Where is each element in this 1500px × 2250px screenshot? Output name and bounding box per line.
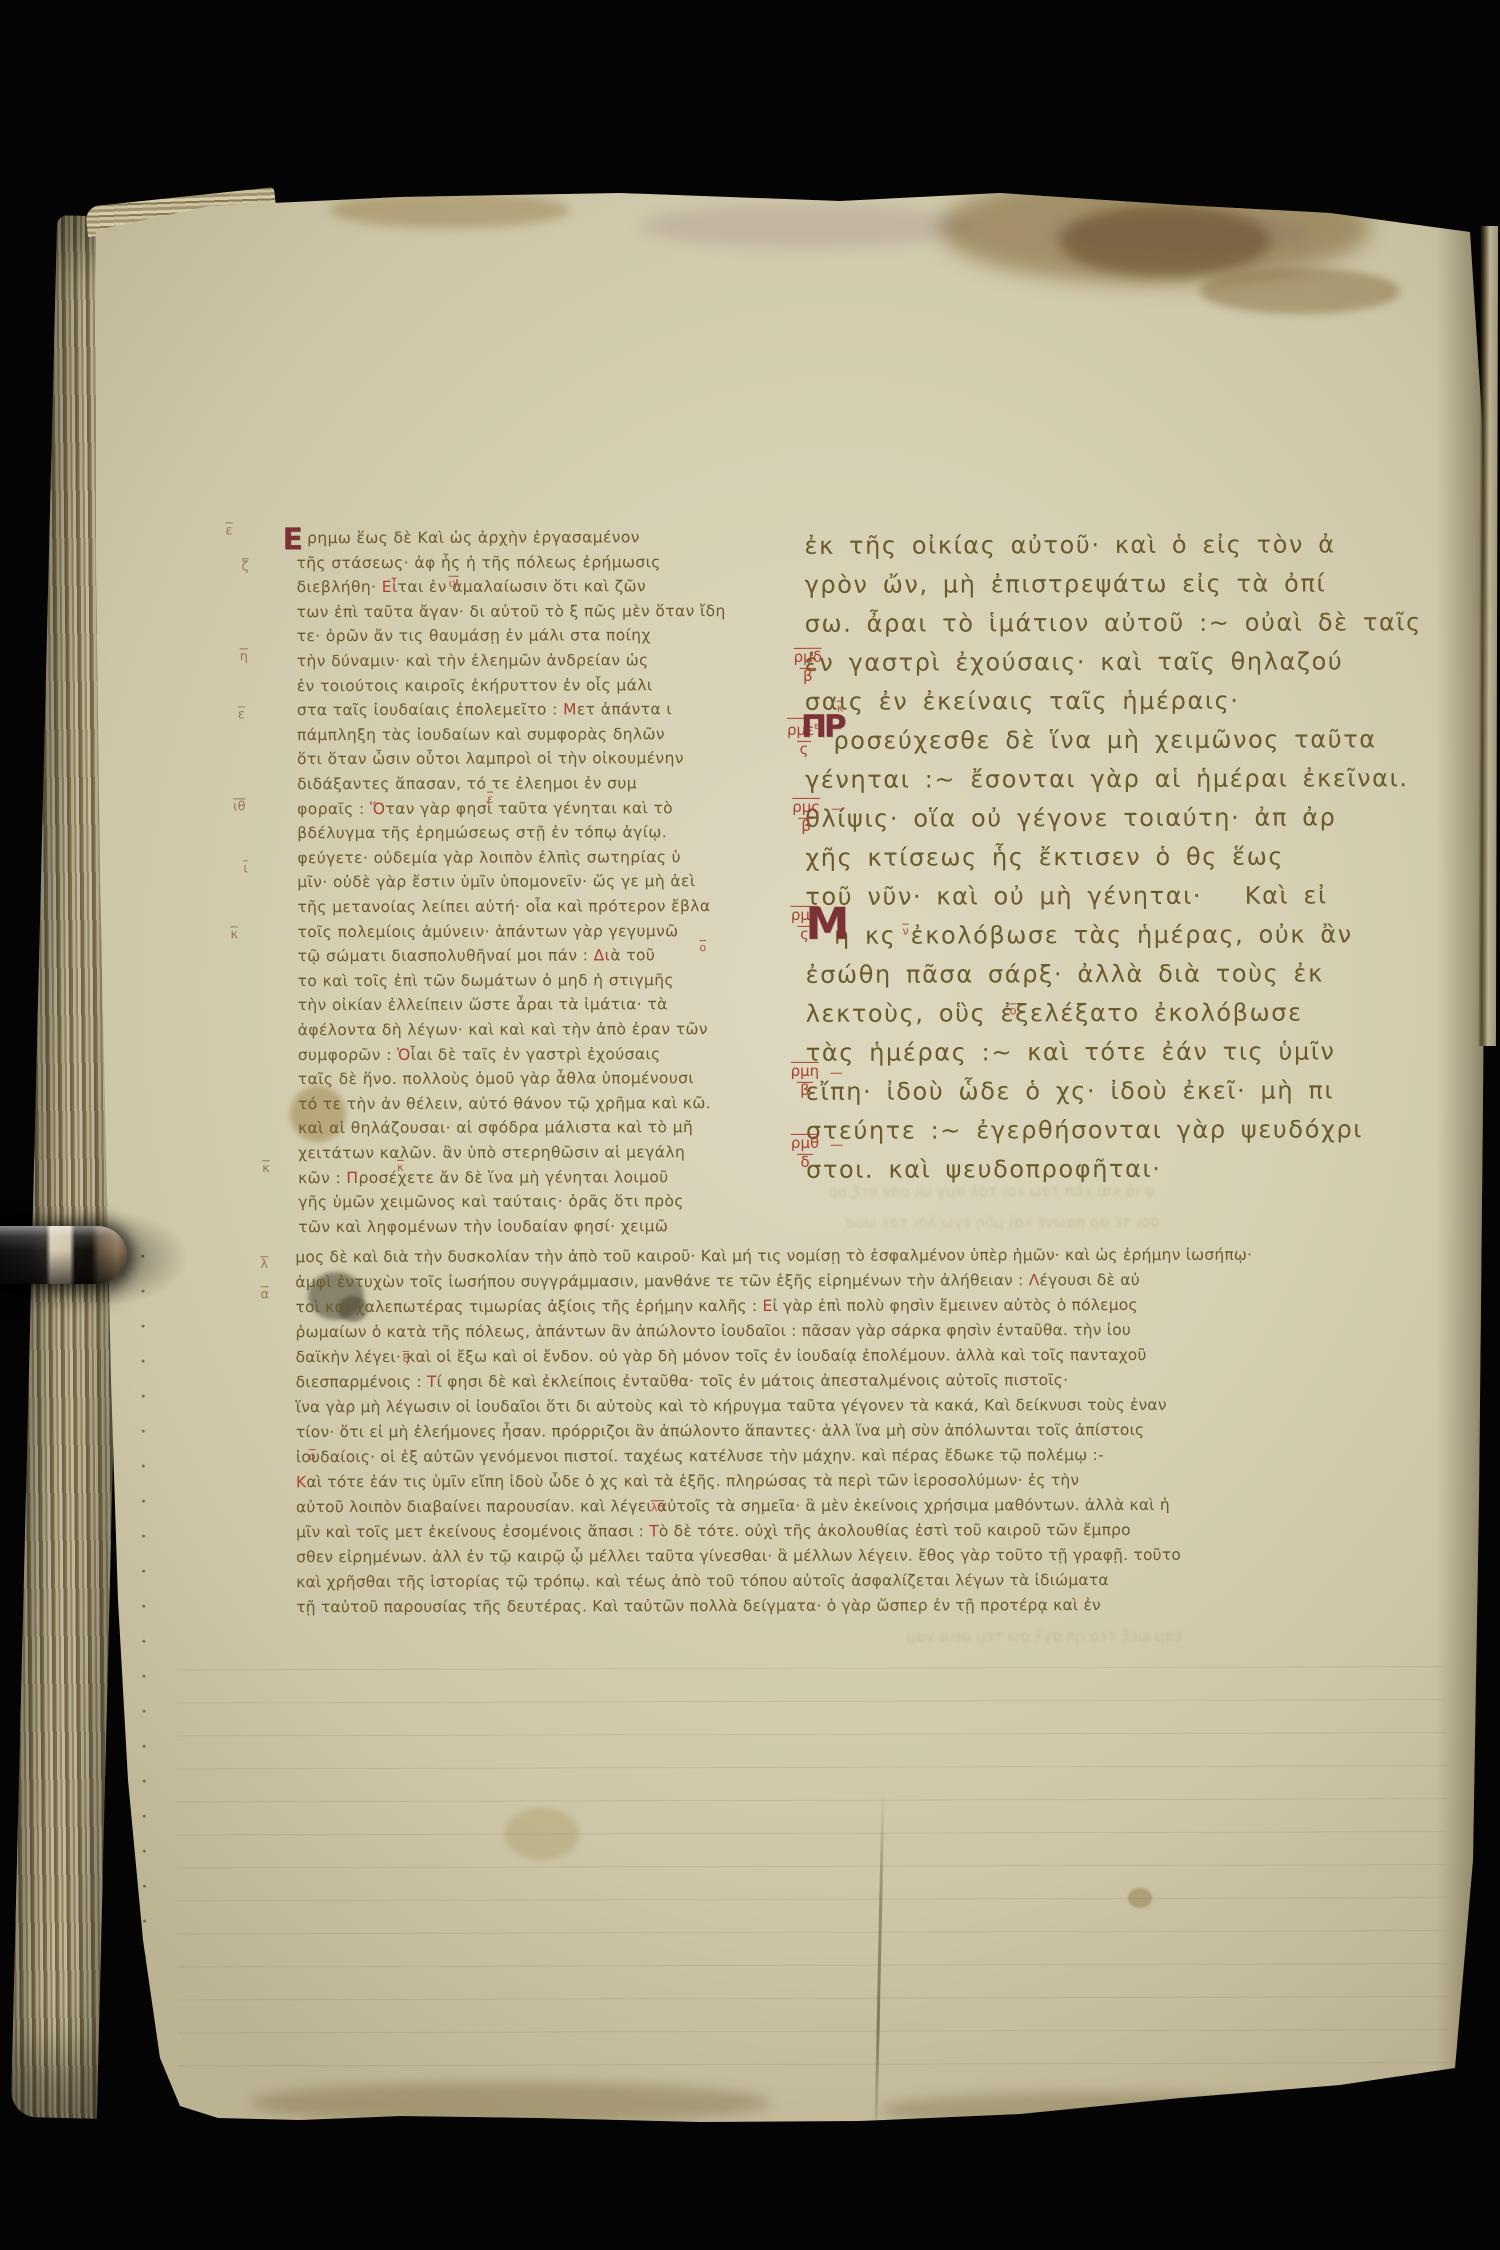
pricking-hole [143,1885,146,1888]
text-line: το καὶ τοῖς ἐπὶ τῶν δωμάτων ὁ μηδ ἡ στιγ… [298,971,674,990]
ink-text: ὰ τοῦ [610,946,655,964]
text-line: διεβλήθη· Εἶται ἐν ἀμαλαίωσιν ὅτι καὶ ζῶ… [297,577,646,596]
margin-letter: ε [238,707,245,722]
ammonian-section: ρμθδ— [788,1134,822,1170]
text-line: ἰουδαίοις· οἱ ἐξ αὐτῶν γενόμενοι πιστοί.… [296,1446,1104,1466]
ink-text: ὅτι ὅταν ὦσιν οὗτοι λαμπροὶ οἱ τὴν οἰκου… [297,750,684,769]
text-line: βδέλυγμα τῆς ἐρημώσεως στῇ ἐν τόπῳ ἁγίῳ. [297,823,667,842]
ghost-showthrough: ψ ια καὶ εδπ ταω εοι τολ αμγ ωι σπν αεξ … [0,0,1497,2]
ink-text: ἀφέλοντα δὴ λέγων· καὶ καὶ καὶ τὴν ἀπὸ ἐ… [298,1020,708,1039]
canon-number: β [797,1082,813,1098]
pricking-hole [143,1745,146,1748]
ink-text: ἰ γὰρ ἐπὶ πολὺ φησὶν ἔμεινεν αὐτὸς ὁ πόλ… [772,1296,1137,1315]
pricking-hole [143,1815,146,1818]
ink-text: σθεν εἰρημένων. ἀλλ ἐν τῷ καιρῷ ᾧ μέλλει… [296,1546,1181,1566]
text-line: γρὸν ὤν, μὴ ἐπιστρεψάτω εἰς τὰ ὀπί [805,569,1327,598]
ruling-line [177,1831,1447,1835]
text-line: φοραῖς : Ὅταν γὰρ φησὶ ταῦτα γένηται καὶ… [297,799,673,818]
text-line: στα ταῖς ἰουδαίαις ἐπολεμεῖτο : Μετ ἀπάν… [297,700,672,719]
margin-letter: ζ [242,559,249,574]
text-line: ὅτι ὅταν ὦσιν οὗτοι λαμπροὶ οἱ τὴν οἰκου… [297,750,684,769]
ink-text: ἰουδαίοις· οἱ ἐξ αὐτῶν γενόμενοι πιστοί.… [296,1446,1104,1466]
ammonian-section: ρμδβ [791,648,825,684]
ink-text: ἐν τοιούτοις καιροῖς ἐκήρυττον ἐν οἷς μά… [297,676,653,695]
text-line: τῇ ταὐτοῦ παρουσίας τῆς δευτέρας. Καὶ τα… [296,1596,1101,1616]
ink-text: γρὸν ὤν, μὴ ἐπιστρεψάτω εἰς τὰ ὀπί [805,569,1327,598]
ink-text: ροσέχετε ἄν δὲ ἵνα μὴ γένηται λοιμοῦ [358,1168,668,1187]
text-line: ὴ κς ἐκολόβωσε τὰς ἡμέρας, οὐκ ἂν [805,920,1352,949]
ink-text: τό τε τὴν ἀν θέλειν, αὐτό θάνον τῷ χρῆμα… [298,1094,711,1113]
interlinear-rubric: ο [700,941,707,954]
quotation-dash: — [831,802,844,817]
rubric-text: Κ [296,1473,306,1491]
rubric-text: Ε [762,1297,772,1315]
ink-text: τῷ σώματι διασπολυθῆναί μοι πάν : [298,947,594,966]
interlinear-marks: ιγεοκκνοξολδ [0,0,1497,2]
ink-text: μῖν· οὐδὲ γὰρ ἔστιν ὑμῖν ὑπομονεῖν· ὥς γ… [297,873,695,892]
ink-text: έγουσι δὲ αὐ [1039,1271,1139,1289]
margin-letter: η [240,649,248,664]
text-line: τίον· ὅτι εἰ μὴ ἐλεήμονες ἦσαν. πρόρριζο… [296,1421,1145,1441]
ruling-line [177,1864,1447,1868]
interlinear-rubric: ο [309,1450,316,1463]
pricking-hole [142,1640,145,1643]
ammonian-section: ρμςβ— [789,798,823,834]
text-line: κῶν : Προσέχετε ἄν δὲ ἵνα μὴ γένηται λοι… [298,1168,668,1187]
canon-number: β [798,818,814,834]
text-line: καὶ χρῆσθαι τῆς ἱστορίας τῷ τρόπῳ. καὶ τ… [296,1571,1109,1591]
ink-text: στεύητε :~ ἐγερθήσονται γὰρ ψευδόχρι [806,1115,1363,1144]
ink-text: τῇ ταὐτοῦ παρουσίας τῆς δευτέρας. Καὶ τα… [296,1596,1101,1616]
ink-text: ἀμφὶ ἐντυχὼν τοῖς ἰωσήπου συγγράμμασιν, … [295,1271,1028,1291]
ink-text: εἴπη· ἰδοὺ ὧδε ὁ χς· ἰδοὺ ἐκεῖ· μὴ πι [806,1076,1334,1105]
interlinear-rubric: ιγ [449,577,459,590]
ink-text: ί φησι δὲ καὶ ἐκλείποις ἐνταῦθα· τοῖς ἐν… [437,1371,1069,1391]
pricking-hole [142,1395,145,1398]
ink-text: ετ ἀπάντα ι [577,700,672,718]
ruling-line [177,1963,1447,1967]
ink-text: σω. ἆραι τὸ ἱμάτιον αὐτοῦ :~ οὐαὶ δὲ ταῖ… [805,608,1422,638]
ink-text: ἐσώθη πᾶσα σάρξ· ἀλλὰ διὰ τοὺς ἐκ [806,959,1324,988]
text-line: γῆς ὑμῶν χειμῶνος καὶ ταύταις· ὁρᾶς ὅτι … [298,1192,684,1211]
rubric-text: Εἶ [382,578,398,596]
text-line: τῆς μετανοίας λείπει αὐτή· οἷα καὶ πρότε… [297,897,710,916]
ink-text: αὐτοῦ λοιπὸν διαβαίνει παρουσίαν. καὶ λέ… [296,1496,1170,1516]
showthrough-line: σοι τε αρ παωνε καὶ μδη εγω λσι ταε ωοσ [845,1213,1160,1232]
ink-text: ἐν γαστρὶ ἐχούσαις· καὶ ταῖς θηλαζού [805,647,1344,676]
text-line: διεσπαρμένοις : Τί φησι δὲ καὶ ἐκλείποις… [296,1371,1069,1391]
section-number: ρμθ [791,1134,819,1151]
text-line: σω. ἆραι τὸ ἱμάτιον αὐτοῦ :~ οὐαὶ δὲ ταῖ… [805,608,1422,638]
ink-text: ται ἐν ἀμαλαίωσιν ὅτι καὶ ζῶν [398,577,646,596]
ink-text: τοῖς πολεμίοις ἀμύνειν· ἁπάντων γὰρ γεγυ… [297,922,678,941]
ruling-line [177,1699,1447,1703]
pricking-hole [143,1920,146,1923]
text-line: τοὶ καὶ χαλεπωτέρας τιμωρίας ἀξίοις τῆς … [295,1296,1137,1316]
ink-text: καὶ χρῆσθαι τῆς ἱστορίας τῷ τρόπῳ. καὶ τ… [296,1571,1109,1591]
interlinear-rubric: ξ [403,1352,409,1365]
ink-text: γένηται :~ ἔσονται γὰρ αἱ ἡμέραι ἐκεῖναι… [805,764,1409,794]
pricking-hole [143,1710,146,1713]
text-line: χειτάτων καλῶν. ἂν ὑπὸ στερηθῶσιν αἱ μεγ… [298,1143,685,1162]
pricking-hole [143,2025,146,2028]
rubric-text: Μ [563,701,577,719]
ruling-line [176,1666,1446,1670]
interlinear-rubric: ο [1010,1004,1017,1017]
rubric-text: Δι [594,947,611,965]
ink-text: τοὶ καὶ χαλεπωτέρας τιμωρίας ἀξίοις τῆς … [295,1297,762,1316]
pricking-holes [0,0,1497,2]
ink-text: ῥωμαίων ὁ κατὰ τῆς πόλεως, ἁπάντων ἂν ἀπ… [296,1321,1132,1341]
ink-text: γῆς ὑμῶν χειμῶνος καὶ ταύταις· ὁρᾶς ὅτι … [298,1192,684,1211]
glass-page-weight-rod [0,1226,127,1284]
quotation-dash: — [830,1066,843,1081]
pricking-hole [142,1535,145,1538]
pricking-hole [142,1325,145,1328]
margin-letter: ι [243,861,247,876]
pricking-hole [142,1605,145,1608]
interlinear-rubric: κ [837,702,844,715]
text-line: ἵνα γὰρ μὴ λέγωσιν οἱ ἰουδαῖοι ὅτι δι αὐ… [296,1396,1167,1416]
manuscript-photo: ρημω ἕως δὲ Καὶ ὡς ἀρχὴν ἐργασαμένοντῆς … [0,0,1500,2250]
canon-number: β [800,668,816,684]
rubric-text: Ὁ [397,1045,411,1063]
text-line: αὐτοῦ λοιπὸν διαβαίνει παρουσίαν. καὶ λέ… [296,1496,1170,1516]
text-line: τῷ σώματι διασπολυθῆναί μοι πάν : Διὰ το… [298,946,656,965]
text-line: πάμπληξη τὰς ἰουδαίων καὶ συμφορὰς δηλῶν [297,725,665,744]
ink-text: καὶ αἱ θηλάζουσαι· αἱ σφόδρα μάλιστα καὶ… [298,1119,693,1138]
ink-text: ἷαι δὲ ταῖς ἐν γαστρὶ ἐχούσαις [411,1045,661,1064]
text-line: λεκτοὺς, οὓς ἐξελέξατο ἐκολόβωσε [806,999,1303,1028]
rubric-initial: Ε [282,525,300,555]
pricking-hole [142,1465,145,1468]
text-line: ἀμφὶ ἐντυχὼν τοῖς ἰωσήπου συγγράμμασιν, … [295,1271,1140,1291]
text-line: διδάξαντες ἅπασαν, τό τε ἐλεημοι ἐν συμ [297,774,637,793]
margin-letter: α [260,1287,269,1302]
text-line: ἐν γαστρὶ ἐχούσαις· καὶ ταῖς θηλαζού [805,647,1344,676]
text-line: τὰς ἡμέρας :~ καὶ τότε ἐάν τις ὑμῖν [806,1037,1336,1066]
section-number: ρμη [791,1062,820,1079]
interlinear-rubric: ν [902,925,908,938]
pricking-hole [142,1570,145,1573]
text-line: ἐσώθη πᾶσα σάρξ· ἀλλὰ διὰ τοὺς ἐκ [806,959,1324,988]
ink-text: των ἐπὶ ταῦτα ἄγαν· δι αὐτοῦ τὸ ξ πῶς μὲ… [297,602,726,621]
ink-text: δαϊκὴν λέγει· καὶ οἱ ἔξω καὶ οἱ ἔνδον. ο… [296,1346,1147,1366]
ruling-line [177,2062,1447,2066]
text-line: ἀφέλοντα δὴ λέγων· καὶ καὶ καὶ τὴν ἀπὸ ἐ… [298,1020,708,1039]
ruling-line [177,2029,1447,2033]
ink-text: χειτάτων καλῶν. ἂν ὑπὸ στερηθῶσιν αἱ μεγ… [298,1143,685,1162]
ink-text: μος δὲ καὶ διὰ τὴν δυσκολίαν τὴν ἀπὸ τοῦ… [295,1246,1252,1267]
ink-text: ταῖς δὲ ἥνο. πολλοὺς ὁμοῦ γὰρ ἆθλα ὑπομέ… [298,1069,694,1088]
section-number: ρμς [792,798,820,815]
rubric-initial: Μ [805,903,846,947]
showthrough-line: ψ ια καὶ εδπ ταω εοι τολ αμγ ωι σπν αεξ … [828,1182,1154,1201]
rubric-text: Π [346,1169,358,1187]
ammonian-section: ρμηβ— [788,1062,822,1098]
ink-text: φεύγετε· οὐδεμία γὰρ λοιπὸν ἐλπὶς σωτηρί… [297,848,681,867]
ink-text: τῆς μετανοίας λείπει αὐτή· οἷα καὶ πρότε… [297,897,710,916]
ink-text: τίον· ὅτι εἰ μὴ ἐλεήμονες ἦσαν. πρόρριζο… [296,1421,1145,1441]
ink-text: χῆς κτίσεως ἧς ἔκτισεν ὁ θς ἕως [805,843,1284,872]
pricking-hole [142,1675,145,1678]
ink-text: το καὶ τοῖς ἐπὶ τῶν δωμάτων ὁ μηδ ἡ στιγ… [298,971,674,990]
pricking-hole [143,1955,146,1958]
text-line: Καὶ τότε ἐάν τις ὑμῖν εἴπη ἰδοὺ ὧδε ὁ χς… [296,1471,1079,1491]
ink-text: τε· ὁρῶν ἄν τις θαυμάσῃ ἐν μάλι στα ποίη… [297,627,651,646]
parchment-page: ρημω ἕως δὲ Καὶ ὡς ἀρχὴν ἐργασαμένοντῆς … [0,0,1500,2250]
ink-text: μῖν καὶ τοῖς μετ ἐκείνους ἐσομένοις ἅπασ… [296,1522,649,1541]
quotation-dash: — [830,1138,843,1153]
text-line: μῖν καὶ τοῖς μετ ἐκείνους ἐσομένοις ἅπασ… [296,1521,1131,1541]
text-line: εἴπη· ἰδοὺ ὧδε ὁ χς· ἰδοὺ ἐκεῖ· μὴ πι [806,1076,1334,1105]
interlinear-rubric: κ [397,1161,404,1174]
rubric-text: Ὅ [370,800,386,818]
text-line: των ἐπὶ ταῦτα ἄγαν· δι αὐτοῦ τὸ ξ πῶς μὲ… [297,602,726,621]
text-line: ροσεύχεσθε δὲ ἵνα μὴ χειμῶνος ταῦτα [805,725,1377,754]
pricking-hole [142,1430,145,1433]
text-line: γένηται :~ ἔσονται γὰρ αἱ ἡμέραι ἐκεῖναι… [805,764,1409,794]
margin-letter: λ [260,1257,268,1272]
ruling-line [177,1765,1447,1769]
ink-text: κῶν : [298,1169,346,1187]
ink-text: ἵνα γὰρ μὴ λέγωσιν οἱ ἰουδαῖοι ὅτι δι αὐ… [296,1396,1167,1416]
ruling-line [177,1897,1447,1901]
rubric-initial: ΠΡ [801,712,844,743]
interlinear-rubric: ε [487,793,493,806]
text-line: στεύητε :~ ἐγερθήσονται γὰρ ψευδόχρι [806,1115,1363,1144]
text-line: τὴν οἰκίαν ἐλλείπειν ὥστε ἆραι τὰ ἱμάτια… [298,996,668,1015]
text-line: τό τε τὴν ἀν θέλειν, αὐτό θάνον τῷ χρῆμα… [298,1094,711,1113]
ink-text: ταν γὰρ φησὶ ταῦτα γένηται καὶ τὸ [385,799,673,818]
ink-text: συμφορῶν : [298,1046,397,1064]
text-line: τὴν δύναμιν· καὶ τὴν ἐλεημῶν ἀνδρείαν ὡς [297,651,649,670]
ink-text: λεκτοὺς, οὓς ἐξελέξατο ἐκολόβωσε [806,999,1303,1028]
text-line: σαις ἐν ἐκείναις ταῖς ἡμέραις· [805,687,1240,716]
pricking-hole [143,2060,146,2063]
text-line: μος δὲ καὶ διὰ τὴν δυσκολίαν τὴν ἀπὸ τοῦ… [295,1246,1252,1267]
ink-text: θλίψις· οἵα οὐ γέγονε τοιαύτη· ἀπ ἀρ [805,803,1336,832]
text-line: ἐκ τῆς οἰκίας αὐτοῦ· καὶ ὁ εἰς τὸν ἀ [804,530,1335,559]
rubric-text: Τ [427,1373,437,1391]
text-line: δαϊκὴν λέγει· καὶ οἱ ἔξω καὶ οἱ ἔνδον. ο… [296,1346,1147,1366]
text-line: χῆς κτίσεως ἧς ἔκτισεν ὁ θς ἕως [805,843,1284,872]
ink-text: πάμπληξη τὰς ἰουδαίων καὶ συμφορὰς δηλῶν [297,725,665,744]
ruling-line [177,1930,1447,1934]
ruling-line [177,1798,1447,1802]
ink-text: αὶ τότε ἐάν τις ὑμῖν εἴπη ἰδοὺ ὧδε ὁ χς … [306,1471,1079,1491]
text-line: μῖν· οὐδὲ γὰρ ἔστιν ὑμῖν ὑπομονεῖν· ὥς γ… [297,873,695,892]
rubric-text: Λ [1029,1271,1040,1289]
ink-text: ὴ κς ἐκολόβωσε τὰς ἡμέρας, οὐκ ἂν [805,920,1352,949]
rubric-text: Τ [649,1522,659,1540]
margin-letter: ιθ [233,799,245,814]
pricking-hole [143,1990,146,1993]
pricking-hole [143,1850,146,1853]
pricking-hole [142,1360,145,1363]
ink-text: τοῦ νῦν· καὶ οὐ μὴ γένηται· Καὶ εἰ [805,881,1327,910]
large-initials: ΕΠΡΜ [0,0,1497,2]
ink-text: ρημω ἕως δὲ Καὶ ὡς ἀρχὴν ἐργασαμένον [296,528,639,547]
text-line: θλίψις· οἵα οὐ γέγονε τοιαύτη· ἀπ ἀρ [805,803,1336,832]
text-line: τῶν καὶ ληφομένων τὴν ἰουδαίαν φησί· χει… [298,1217,668,1236]
ruling-lines [0,0,1497,2]
ink-text: διδάξαντες ἅπασαν, τό τε ἐλεημοι ἐν συμ [297,774,637,793]
text-line: συμφορῶν : Ὁἷαι δὲ ταῖς ἐν γαστρὶ ἐχούσα… [298,1045,661,1064]
ink-text: τῆς στάσεως· ἀφ ἧς ἡ τῆς πόλεως ἐρήμωσις [297,553,661,572]
showthrough-line: εαμ ωεξ τεο ηπ αγλ σω τεμ οεια ναμ [906,1627,1182,1646]
pricking-hole [142,1500,145,1503]
text-line: ἐν τοιούτοις καιροῖς ἐκήρυττον ἐν οἷς μά… [297,676,653,695]
ink-text: τὰς ἡμέρας :~ καὶ τότε ἐάν τις ὑμῖν [806,1037,1336,1066]
ink-text: διεσπαρμένοις : [296,1373,427,1391]
text-line: ῥωμαίων ὁ κατὰ τῆς πόλεως, ἁπάντων ἂν ἀπ… [296,1321,1132,1341]
ruling-line [177,1732,1447,1736]
ink-text: ροσεύχεσθε δὲ ἵνα μὴ χειμῶνος ταῦτα [805,725,1377,754]
text-line: φεύγετε· οὐδεμία γὰρ λοιπὸν ἐλπὶς σωτηρί… [297,848,681,867]
margin-letter: κ [262,1161,270,1176]
text-layer: ρημω ἕως δὲ Καὶ ὡς ἀρχὴν ἐργασαμένοντῆς … [0,0,1500,2250]
text-line: τοῖς πολεμίοις ἀμύνειν· ἁπάντων γὰρ γεγυ… [297,922,678,941]
margin-marks: εζηειθικκλα [0,0,1497,2]
pricking-hole [143,1780,146,1783]
ink-text: φοραῖς : [297,800,370,818]
ruling-line [177,1996,1447,2000]
text-line: σθεν εἰρημένων. ἀλλ ἐν τῷ καιρῷ ᾧ μέλλει… [296,1546,1181,1566]
ink-text: τὴν οἰκίαν ἐλλείπειν ὥστε ἆραι τὰ ἱμάτια… [298,996,668,1015]
text-line: τε· ὁρῶν ἄν τις θαυμάσῃ ἐν μάλι στα ποίη… [297,627,651,646]
margin-letter: κ [230,927,238,942]
section-numbers: ρμδβρμεευςρμςβ—ρμζςρμηβ—ρμθδ— [0,0,1497,2]
ink-text: βδέλυγμα τῆς ἐρημώσεως στῇ ἐν τόπῳ ἁγίῳ. [297,823,667,842]
ink-text: διεβλήθη· [297,578,382,596]
text-line: ταῖς δὲ ἥνο. πολλοὺς ὁμοῦ γὰρ ἆθλα ὑπομέ… [298,1069,694,1088]
interlinear-rubric: λδ [651,1501,664,1514]
ink-text: σαις ἐν ἐκείναις ταῖς ἡμέραις· [805,687,1240,716]
text-line: τοῦ νῦν· καὶ οὐ μὴ γένηται· Καὶ εἰ [805,881,1327,910]
text-line: καὶ αἱ θηλάζουσαι· αἱ σφόδρα μάλιστα καὶ… [298,1119,693,1138]
margin-letter: ε [225,523,232,538]
ink-text: ὸ δὲ τότε. οὐχὶ τῆς ἀκολουθίας ἐστὶ τοῦ … [659,1521,1131,1540]
canon-number: δ [797,1154,812,1170]
text-line: ρημω ἕως δὲ Καὶ ὡς ἀρχὴν ἐργασαμένον [296,528,639,547]
text-line: στοι. καὶ ψευδοπροφῆται· [806,1155,1161,1184]
ink-text: ἐκ τῆς οἰκίας αὐτοῦ· καὶ ὁ εἰς τὸν ἀ [804,530,1335,559]
gutter-next-page-sliver [1478,226,1498,1046]
section-number: ρμδ [794,648,822,665]
ink-text: στα ταῖς ἰουδαίαις ἐπολεμεῖτο : [297,701,563,720]
text-line: τῆς στάσεως· ἀφ ἧς ἡ τῆς πόλεως ἐρήμωσις [297,553,661,572]
ink-text: τὴν δύναμιν· καὶ τὴν ἐλεημῶν ἀνδρείαν ὡς [297,651,649,670]
ink-text: στοι. καὶ ψευδοπροφῆται· [806,1155,1161,1184]
ink-text: τῶν καὶ ληφομένων τὴν ἰουδαίαν φησί· χει… [298,1217,668,1236]
